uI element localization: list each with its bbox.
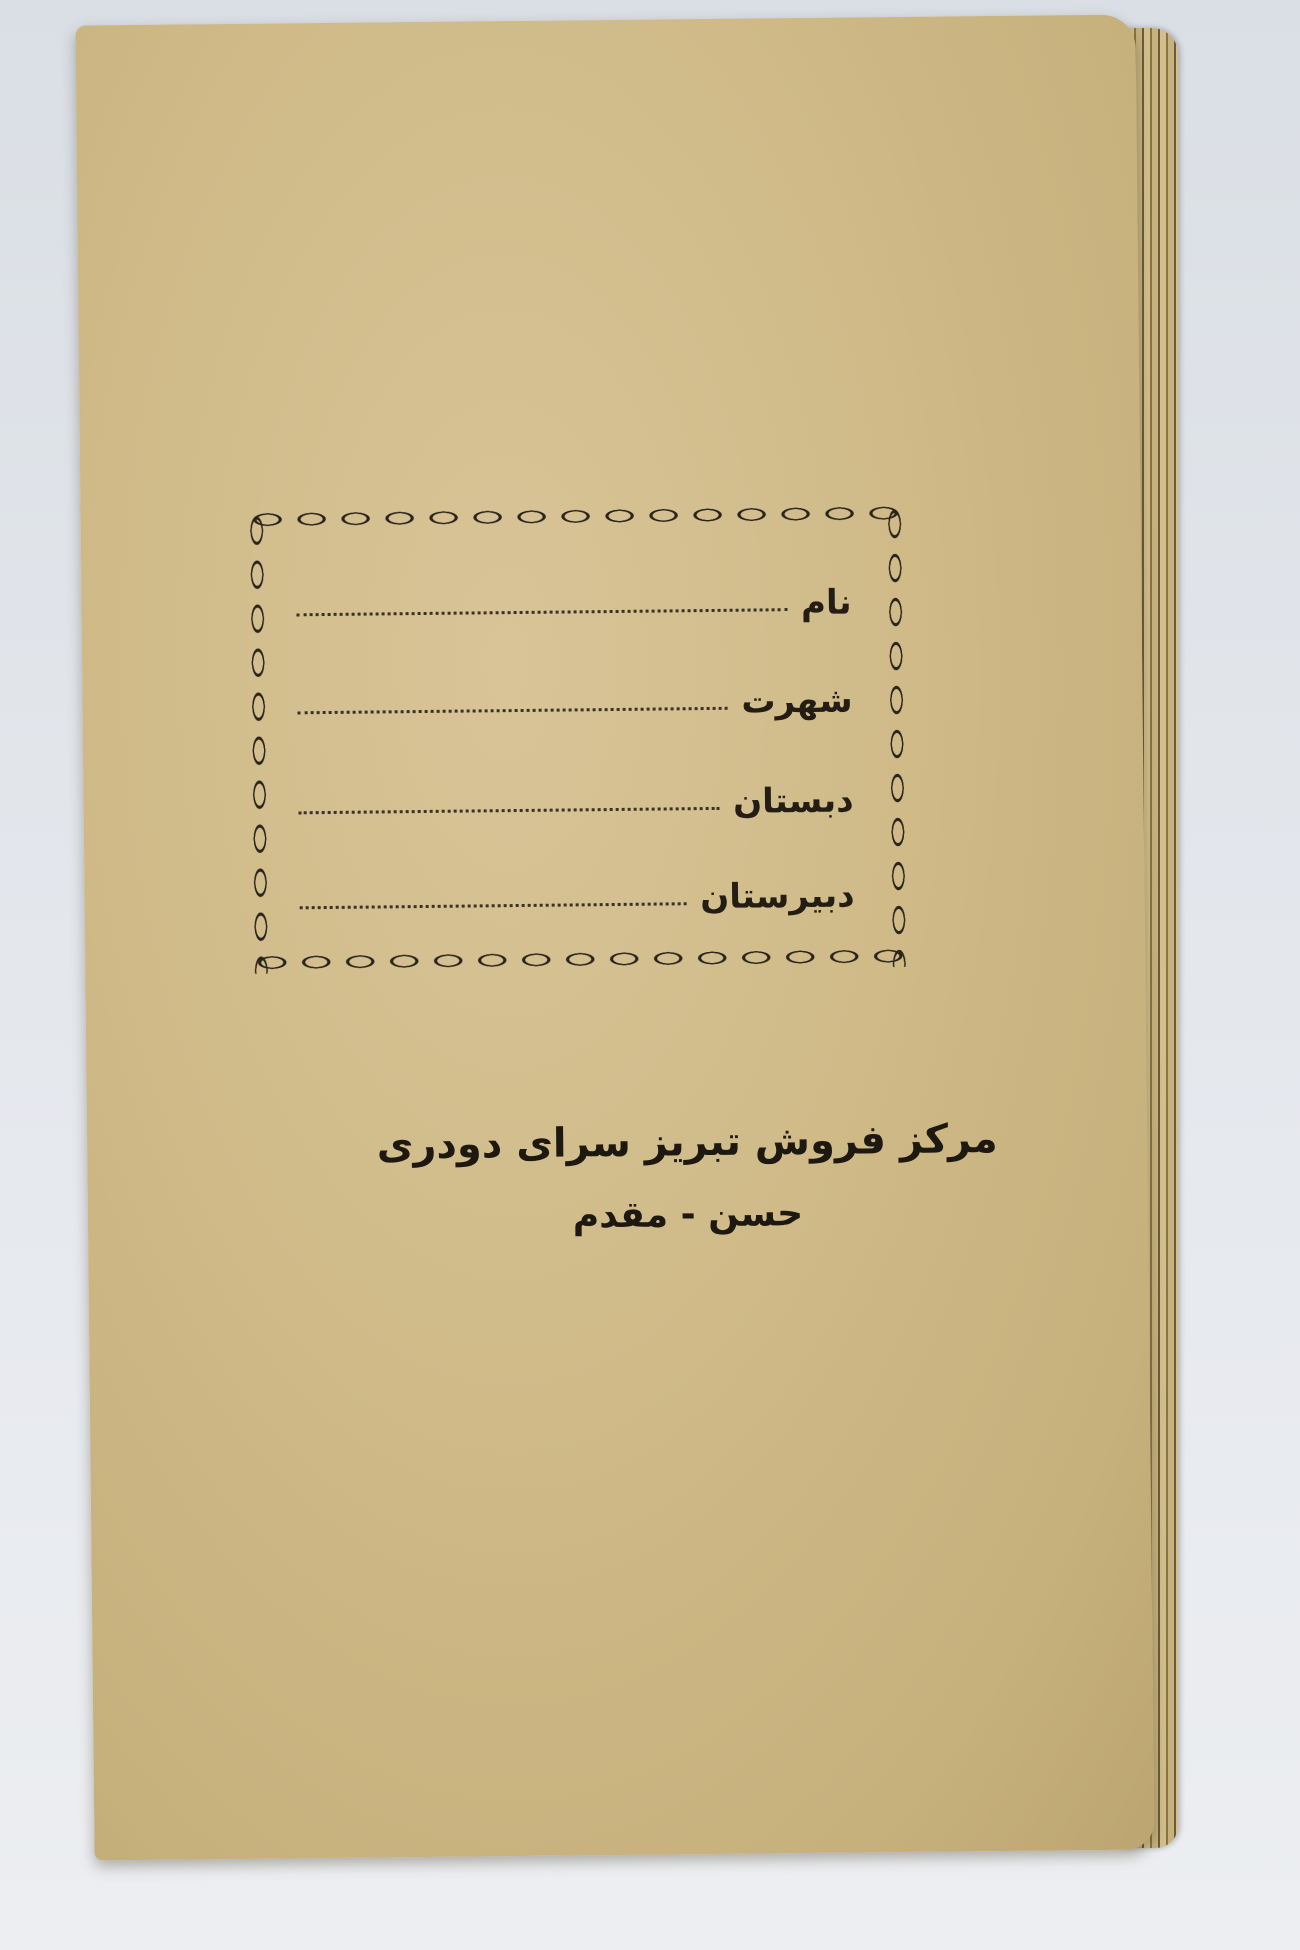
field-label-name: نام [801,583,852,624]
frame-border-right [883,502,910,967]
field-high-school: دبیرستان [299,875,854,921]
field-line-high-school [300,902,687,909]
publisher-line-1: مرکز فروش تبریز سرای دودری [287,1115,1087,1169]
field-name: نام [296,583,851,629]
field-primary-school: دبستان [298,780,853,826]
field-line-primary-school [299,807,720,814]
frame-border-top [245,502,905,531]
frame-border-left [245,509,272,974]
field-label-high-school: دبیرستان [700,875,855,917]
frame-border-bottom [250,945,910,974]
notebook-cover: نام شهرت دبستان دبیرستان مرکز فروش تبریز… [75,15,1154,1861]
field-label-surname: شهرت [741,681,853,722]
ornamental-label-frame: نام شهرت دبستان دبیرستان [245,502,910,974]
field-line-name [297,608,788,616]
field-label-primary-school: دبستان [733,780,854,821]
field-surname: شهرت [297,681,852,727]
field-line-surname [298,707,728,715]
publisher-line-2: حسن - مقدم [288,1190,1088,1239]
